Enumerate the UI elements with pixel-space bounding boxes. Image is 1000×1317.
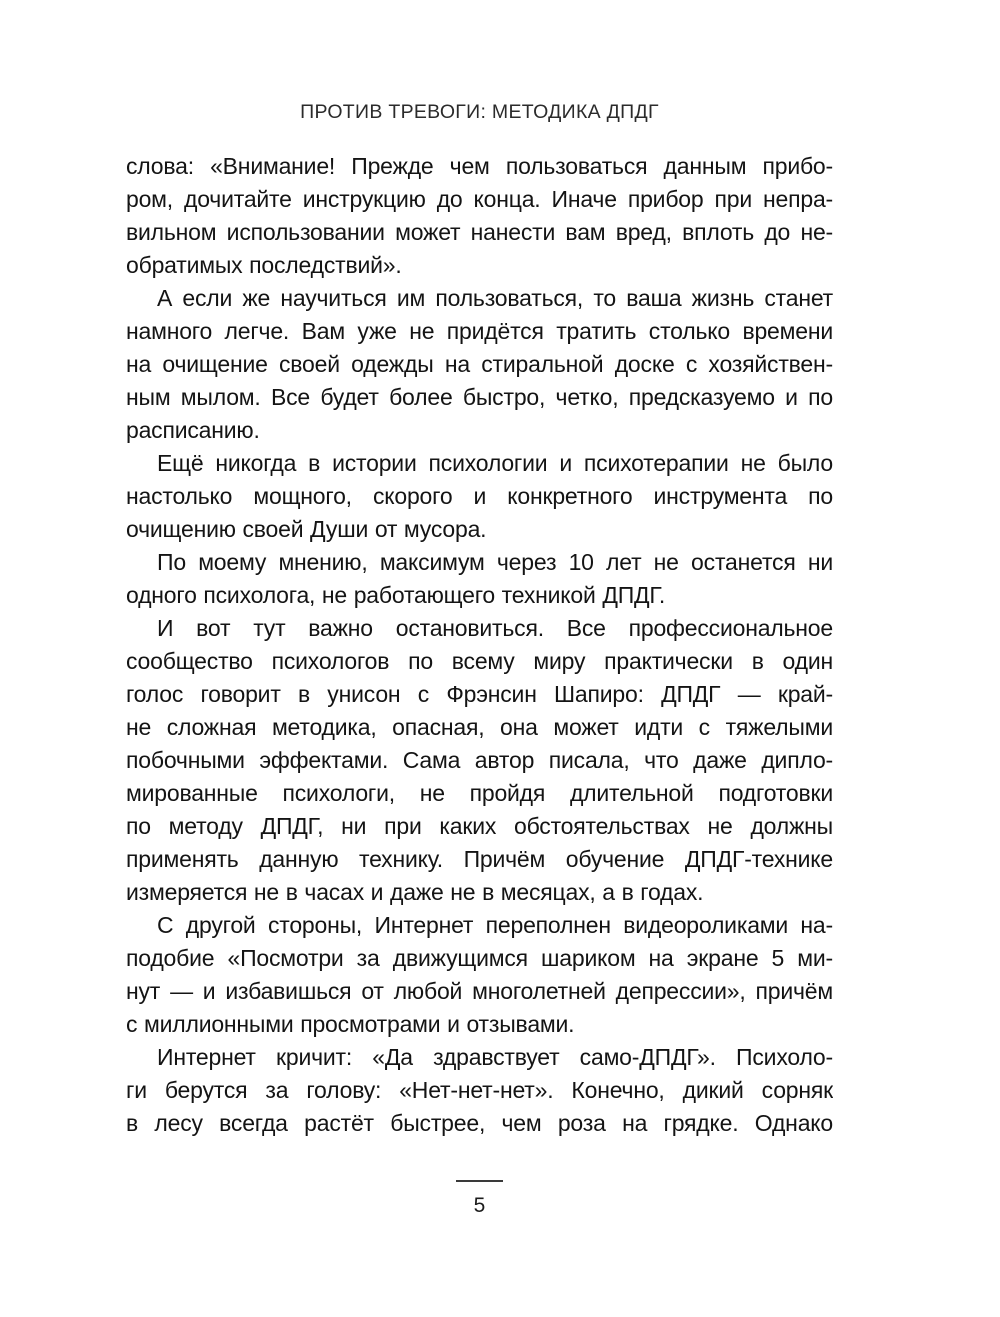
book-page: ПРОТИВ ТРЕВОГИ: МЕТОДИКА ДПДГ слова: «Вн… (0, 0, 1000, 1317)
body-line: применять данную технику. Причём обучени… (126, 843, 833, 876)
body-line: расписанию. (126, 414, 833, 447)
body-line: И вот тут важно остановиться. Все профес… (126, 612, 833, 645)
body-line: ги берутся за голову: «Нет-нет-нет». Кон… (126, 1074, 833, 1107)
paragraph: Ещё никогда в истории психологии и психо… (126, 447, 833, 546)
paragraph: Интернет кричит: «Да здравствует само-ДП… (126, 1041, 833, 1140)
paragraph: И вот тут важно остановиться. Все профес… (126, 612, 833, 909)
body-line: на очищение своей одежды на стиральной д… (126, 348, 833, 381)
body-line: обратимых последствий». (126, 249, 833, 282)
page-footer: 5 (126, 1180, 833, 1218)
body-line: слова: «Внимание! Прежде чем пользоватьс… (126, 150, 833, 183)
body-line: намного легче. Вам уже не придётся трати… (126, 315, 833, 348)
running-header: ПРОТИВ ТРЕВОГИ: МЕТОДИКА ДПДГ (126, 100, 833, 124)
body-line: Ещё никогда в истории психологии и психо… (126, 447, 833, 480)
body-line: одного психолога, не работающего технико… (126, 579, 833, 612)
body-line: ным мылом. Все будет более быстро, четко… (126, 381, 833, 414)
paragraph: слова: «Внимание! Прежде чем пользоватьс… (126, 150, 833, 282)
body-line: побочными эффектами. Сама автор писала, … (126, 744, 833, 777)
body-line: по методу ДПДГ, ни при каких обстоятельс… (126, 810, 833, 843)
body-line: мированные психологи, не пройдя длительн… (126, 777, 833, 810)
paragraph: С другой стороны, Интернет переполнен ви… (126, 909, 833, 1041)
body-line: голос говорит в унисон с Фрэнсин Шапиро:… (126, 678, 833, 711)
paragraph: По моему мнению, максимум через 10 лет н… (126, 546, 833, 612)
footer-rule (456, 1180, 503, 1182)
body-line: С другой стороны, Интернет переполнен ви… (126, 909, 833, 942)
page-number: 5 (126, 1194, 833, 1218)
body-line: сообщество психологов по всему миру прак… (126, 645, 833, 678)
body-line: настолько мощного, скорого и конкретного… (126, 480, 833, 513)
body-line: ром, дочитайте инструкцию до конца. Инач… (126, 183, 833, 216)
body-line: очищению своей Души от мусора. (126, 513, 833, 546)
body-line: не сложная методика, опасная, она может … (126, 711, 833, 744)
paragraph: А если же научиться им пользоваться, то … (126, 282, 833, 447)
body-line: Интернет кричит: «Да здравствует само-ДП… (126, 1041, 833, 1074)
body-line: подобие «Посмотри за движущимся шариком … (126, 942, 833, 975)
body-line: в лесу всегда растёт быстрее, чем роза н… (126, 1107, 833, 1140)
body-line: измеряется не в часах и даже не в месяца… (126, 876, 833, 909)
body-line: По моему мнению, максимум через 10 лет н… (126, 546, 833, 579)
body-line: А если же научиться им пользоваться, то … (126, 282, 833, 315)
body-line: вильном использовании может нанести вам … (126, 216, 833, 249)
body-text: слова: «Внимание! Прежде чем пользоватьс… (126, 150, 833, 1140)
body-line: нут — и избавишься от любой многолетней … (126, 975, 833, 1008)
body-line: с миллионными просмотрами и отзывами. (126, 1008, 833, 1041)
